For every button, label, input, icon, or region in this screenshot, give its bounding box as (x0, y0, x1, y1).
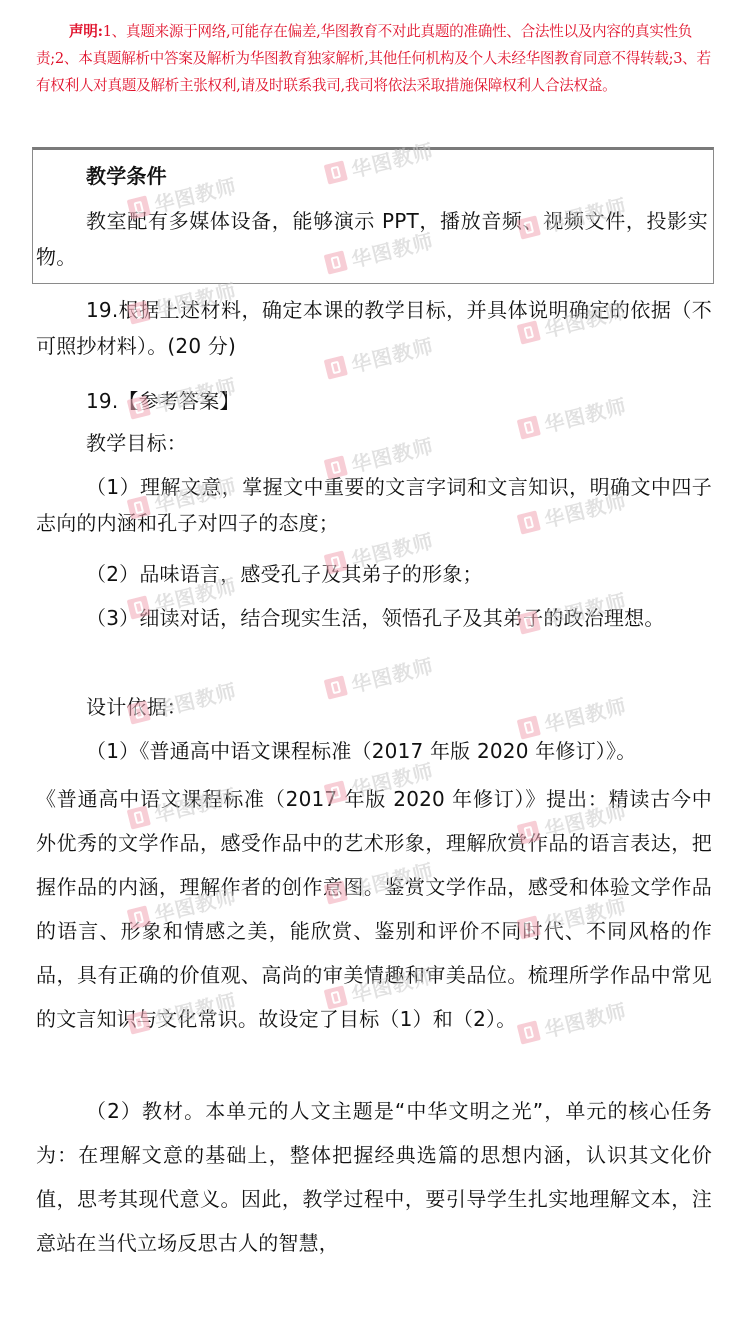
basis-item-1-body: 《普通高中语文课程标准（2017 年版 2020 年修订）》提出：精读古今中外优… (36, 777, 712, 1041)
goals-heading: 教学目标： (36, 425, 712, 461)
basis-item-2-body: （2）教材。本单元的人文主题是“中华文明之光”，单元的核心任务为：在理解文意的基… (36, 1089, 712, 1265)
goal-item-3: （3）细读对话，结合现实生活，领悟孔子及其弟子的政治理想。 (36, 600, 712, 636)
conditions-body: 教室配有多媒体设备，能够演示 PPT，播放音频、视频文件，投影实物。 (36, 203, 708, 275)
goal-item-1: （1）理解文意，掌握文中重要的文言字词和文言知识，明确文中四子志向的内涵和孔子对… (36, 469, 712, 541)
answer-label: 19.【参考答案】 (36, 383, 712, 419)
basis-item-1-title: （1）《普通高中语文课程标准（2017 年版 2020 年修订）》。 (36, 733, 712, 769)
disclaimer: 声明:1、真题来源于网络,可能存在偏差,华图教育不对此真题的准确性、合法性以及内… (36, 18, 712, 99)
question-text: 19.根据上述材料，确定本课的教学目标，并具体说明确定的依据（不可照抄材料）。(… (36, 292, 712, 364)
disclaimer-text: 1、真题来源于网络,可能存在偏差,华图教育不对此真题的准确性、合法性以及内容的真… (36, 23, 711, 94)
conditions-heading: 教学条件 (36, 158, 712, 194)
goal-item-2: （2）品味语言，感受孔子及其弟子的形象； (36, 556, 712, 592)
basis-heading: 设计依据： (36, 689, 712, 725)
disclaimer-lead: 声明: (69, 23, 103, 40)
